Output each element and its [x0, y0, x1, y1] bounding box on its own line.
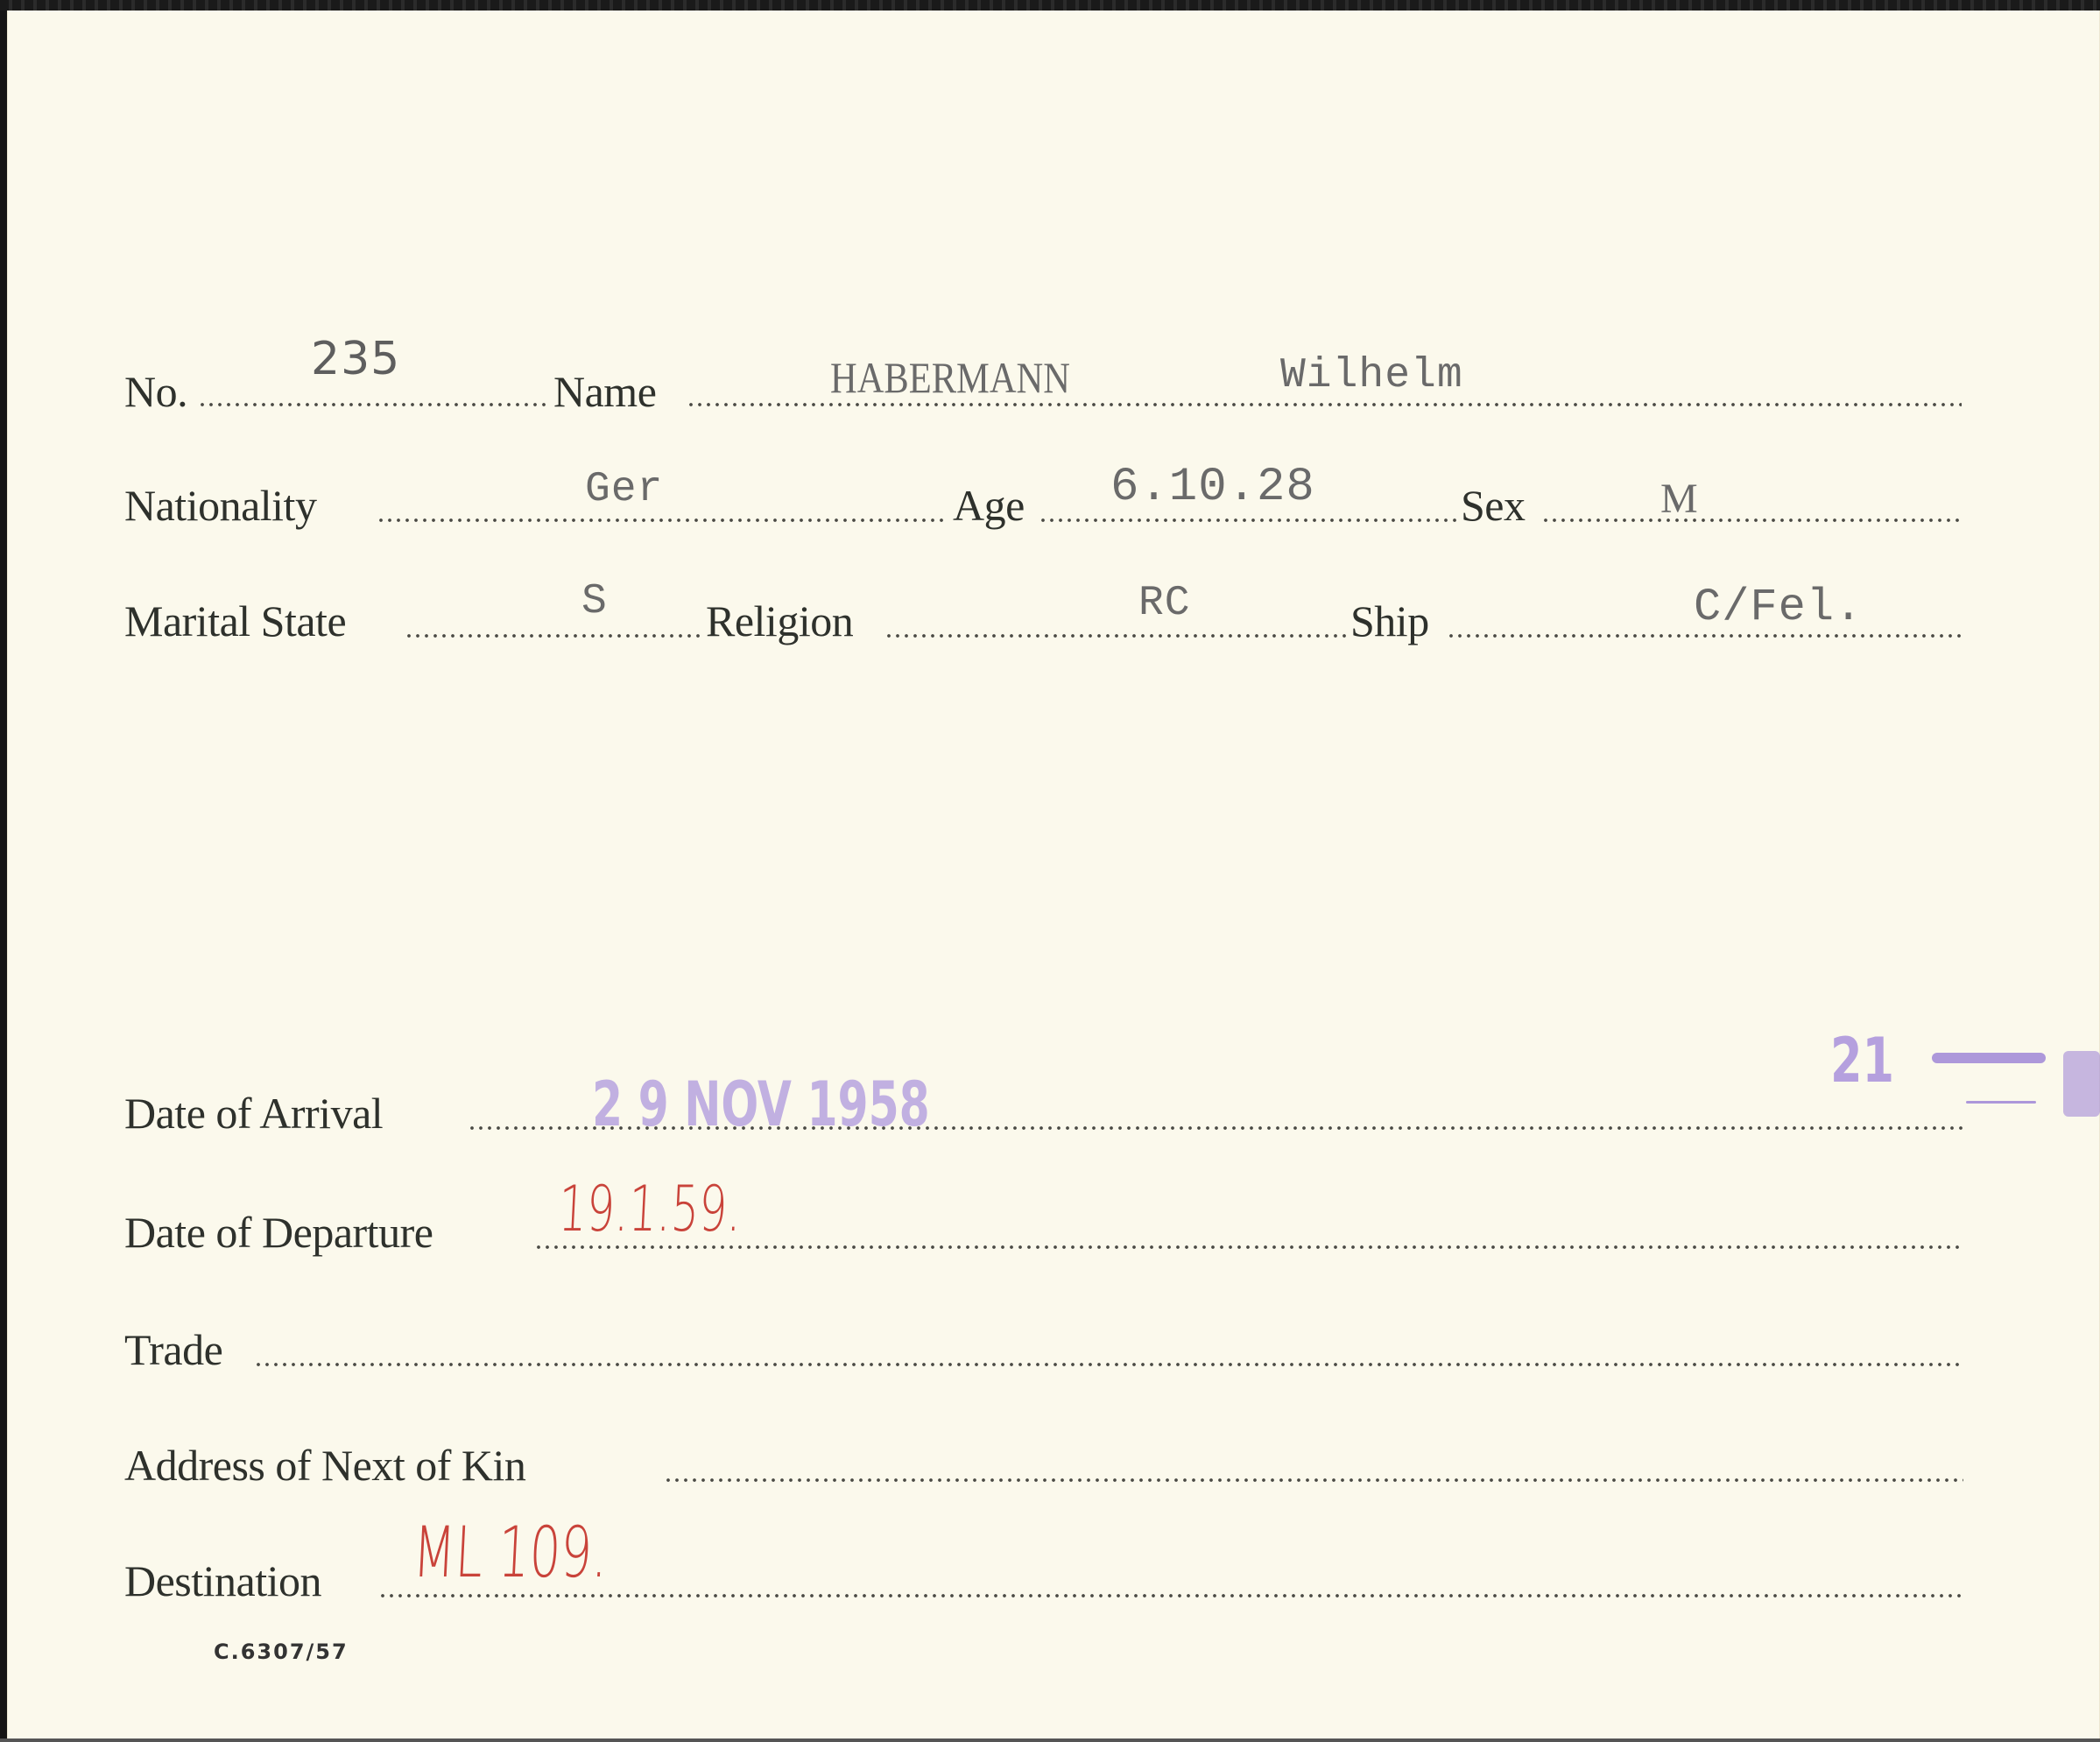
scan-border-bottom	[0, 1738, 2100, 1742]
label-date-of-departure: Date of Departure	[124, 1207, 433, 1258]
row-trade: Trade	[0, 1324, 2100, 1394]
row-nationality-age-sex: Nationality Ger Age 6.10.28 Sex M	[0, 480, 2100, 550]
field-religion-dots	[884, 634, 1349, 638]
value-marital-state: S	[581, 578, 608, 625]
value-nationality: Ger	[585, 466, 663, 513]
field-nationality-dots	[377, 518, 946, 522]
field-age-dots	[1039, 518, 1459, 522]
row-marital-religion-ship: Marital State S Religion RC Ship C/Fel.	[0, 596, 2100, 666]
label-no: No.	[124, 366, 187, 417]
label-date-of-arrival: Date of Arrival	[124, 1088, 383, 1139]
label-sex: Sex	[1461, 480, 1526, 531]
field-marital-state-dots	[405, 634, 702, 638]
value-no: 235	[311, 333, 400, 385]
label-age: Age	[953, 480, 1025, 531]
field-sex-dots	[1541, 518, 1963, 522]
row-date-of-departure: Date of Departure 19.1.59.	[0, 1207, 2100, 1277]
field-trade-dots	[254, 1363, 1963, 1366]
value-ship: C/Fel.	[1694, 582, 1863, 633]
value-date-of-arrival-stamp: 2 9 NOV 1958	[592, 1068, 930, 1140]
label-destination: Destination	[124, 1555, 321, 1606]
label-ship: Ship	[1350, 596, 1429, 646]
value-date-of-departure-handwritten: 19.1.59.	[557, 1172, 743, 1245]
stamp-fragment-edge	[2063, 1051, 2100, 1117]
form-code: C.6307/57	[214, 1640, 349, 1664]
value-surname: HABERMANN	[830, 352, 1070, 403]
stamp-fragment-bar	[1932, 1053, 2046, 1063]
label-marital-state: Marital State	[124, 596, 346, 646]
row-destination: Destination ML 109.	[0, 1555, 2100, 1626]
label-nationality: Nationality	[124, 480, 316, 531]
label-address-next-of-kin: Address of Next of Kin	[124, 1440, 525, 1491]
value-destination-handwritten: ML 109.	[411, 1512, 610, 1593]
scan-border-top	[0, 0, 2100, 11]
field-address-next-of-kin-dots	[664, 1478, 1963, 1482]
label-name: Name	[553, 366, 656, 417]
row-address-next-of-kin: Address of Next of Kin	[0, 1440, 2100, 1510]
value-given-name: Wilhelm	[1280, 352, 1463, 399]
field-name-dots	[687, 403, 1962, 406]
value-religion: RC	[1138, 580, 1191, 627]
field-no-dots	[198, 403, 548, 406]
label-trade: Trade	[124, 1324, 222, 1375]
row-no-name: No. 235 Name HABERMANN Wilhelm	[0, 359, 2100, 429]
row-date-of-arrival: Date of Arrival 2 9 NOV 1958	[0, 1088, 2100, 1158]
label-religion: Religion	[706, 596, 853, 646]
field-ship-dots	[1447, 634, 1963, 638]
stamp-fragment-number: 21	[1830, 1025, 1894, 1097]
field-date-of-departure-dots	[534, 1245, 1963, 1249]
field-destination-dots	[378, 1594, 1963, 1597]
value-sex: M	[1660, 475, 1699, 523]
value-age: 6.10.28	[1110, 461, 1315, 514]
stamp-fragment-bar-lower	[1966, 1101, 2036, 1104]
